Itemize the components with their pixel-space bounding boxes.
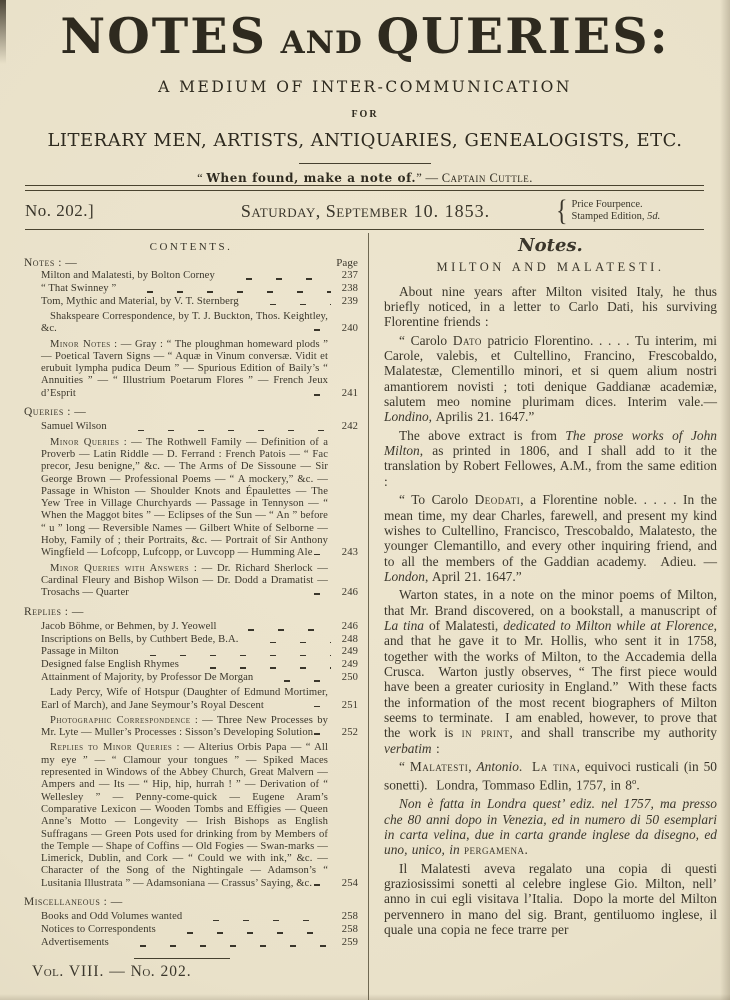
contents-entry: Advertisements 259 — [41, 937, 358, 949]
issue-bar: No. 202.] Saturday, September 10. 1853. … — [25, 196, 704, 226]
entry-title: Designed false English Rhymes — [41, 659, 179, 671]
dash-leader — [163, 932, 331, 934]
entry-page-number: 243 — [333, 547, 358, 559]
entry-title: Passage in Milton — [41, 646, 119, 658]
contents-entry: “ That Swinney ” 238 — [41, 283, 358, 295]
entry-title: Minor Notes : — Gray : “ The ploughman h… — [41, 339, 328, 399]
article-quote-italic: Non è fatta in Londra quest’ ediz. nel 1… — [384, 796, 717, 857]
entry-page-number: 258 — [334, 924, 358, 936]
price-lines: Price Fourpence. Stamped Edition, 5d. — [572, 199, 661, 223]
entry-page-number: 246 — [334, 621, 358, 633]
dash-leader — [260, 680, 331, 682]
entry-page-number: 252 — [333, 727, 358, 739]
entry-page-number: 241 — [333, 388, 358, 400]
contents-entry: Notices to Correspondents 258 — [41, 924, 358, 936]
journal-page: NOTES AND QUERIES: A MEDIUM OF INTER-COM… — [0, 0, 730, 1000]
dash-leader — [116, 945, 331, 947]
page-column-label: Page — [336, 257, 358, 269]
dash-leader — [314, 884, 320, 886]
dash-leader — [126, 655, 331, 657]
contents-entry: Lady Percy, Wife of Hotspur (Daughter of… — [41, 687, 358, 712]
entry-title: Milton and Malatesti, by Bolton Corney — [41, 270, 215, 282]
entry-title: “ That Swinney ” — [41, 283, 116, 295]
dash-leader — [314, 329, 320, 331]
entry-title: Books and Odd Volumes wanted — [41, 911, 182, 923]
contents-entry: Designed false English Rhymes 249 — [41, 659, 358, 671]
single-rule — [25, 229, 704, 230]
entry-title: Attainment of Majority, by Professor De … — [41, 672, 253, 684]
entry-title: Shakspeare Correspondence, by T. J. Buck… — [41, 311, 328, 334]
article-title: MILTON AND MALATESTI. — [384, 260, 717, 275]
journal-title: NOTES AND QUERIES: — [0, 12, 730, 61]
audience-line: LITERARY MEN, ARTISTS, ANTIQUARIES, GENE… — [0, 130, 730, 151]
entry-page-number: 254 — [333, 878, 358, 890]
section-header-replies: Replies : — — [24, 606, 358, 618]
dash-leader — [314, 554, 320, 556]
price-line-1: Price Fourpence. — [572, 199, 643, 210]
entry-page-number: 248 — [334, 634, 358, 646]
entry-page-number: 250 — [334, 672, 358, 684]
volume-rule — [134, 958, 230, 959]
dash-leader — [314, 593, 320, 595]
entry-title: Inscriptions on Bells, by Cuthbert Bede,… — [41, 634, 239, 646]
entry-title: Lady Percy, Wife of Hotspur (Daughter of… — [41, 687, 328, 710]
contents-entry: Samuel Wilson 242 — [41, 421, 358, 433]
contents-entry: Photographic Correspondence : — Three Ne… — [41, 715, 358, 740]
scan-edge-artifact — [0, 0, 6, 64]
double-rule — [25, 185, 704, 191]
entry-title: Photographic Correspondence : — Three Ne… — [41, 715, 328, 738]
contents-entry: Tom, Mythic and Material, by V. T. Stern… — [41, 296, 358, 308]
contents-entry: Replies to Minor Queries : — Alterius Or… — [41, 742, 358, 890]
contents-entry: Milton and Malatesti, by Bolton Corney 2… — [41, 270, 358, 282]
masthead-rule — [299, 163, 431, 164]
volume-footer: Vol. VIII. — No. 202. — [32, 966, 358, 978]
title-word-notes: NOTES — [60, 7, 267, 65]
entry-title: Minor Queries with Answers : — Dr. Richa… — [41, 563, 328, 599]
price-note: { Price Fourpence. Stamped Edition, 5d. — [556, 199, 704, 223]
entry-page-number: 249 — [334, 659, 358, 671]
contents-heading: CONTENTS. — [24, 241, 358, 253]
article-quote: “ Carolo Dato patricio Florentino. . . .… — [384, 333, 717, 425]
entry-page-number: 246 — [333, 587, 358, 599]
dash-leader — [314, 733, 320, 735]
entry-title: Notices to Correspondents — [41, 924, 156, 936]
contents-entry: Passage in Milton 249 — [41, 646, 358, 658]
scan-edge-shadow-bottom — [0, 994, 730, 1000]
brace-glyph: { — [556, 204, 568, 219]
article-paragraph: Il Malatesti aveva regalato una copia di… — [384, 861, 717, 938]
entry-title: Replies to Minor Queries : — Alterius Or… — [41, 742, 328, 888]
dash-leader — [114, 430, 331, 432]
contents-section-header-row: Notes : — Page — [24, 257, 358, 269]
contents-entry: Minor Queries with Answers : — Dr. Richa… — [41, 563, 358, 600]
notes-section-heading: Notes. — [384, 238, 717, 253]
dash-leader — [314, 394, 320, 396]
column-divider — [368, 233, 369, 1000]
entry-page-number: 249 — [334, 646, 358, 658]
entry-page-number: 237 — [334, 270, 358, 282]
article-column: Notes. MILTON AND MALATESTI. About nine … — [384, 238, 717, 940]
entry-title: Samuel Wilson — [41, 421, 107, 433]
dash-leader — [224, 629, 331, 631]
entry-page-number: 251 — [333, 700, 358, 712]
entry-page-number: 240 — [333, 323, 358, 335]
for-label: FOR — [0, 109, 730, 120]
journal-subtitle: A MEDIUM OF INTER-COMMUNICATION — [0, 78, 730, 96]
entry-title: Minor Queries : — The Rothwell Family — … — [41, 437, 328, 559]
contents-entry: Minor Queries : — The Rothwell Family — … — [41, 437, 358, 560]
dash-leader — [123, 291, 331, 293]
article-quote: “ Malatesti, Antonio. La tina, equivoci … — [384, 759, 717, 793]
contents-entry: Books and Odd Volumes wanted 258 — [41, 911, 358, 923]
article-paragraph: Warton states, in a note on the minor po… — [384, 587, 717, 756]
entry-page-number: 242 — [334, 421, 358, 433]
dash-leader — [246, 642, 331, 644]
entry-page-number: 238 — [334, 283, 358, 295]
dash-leader — [246, 304, 331, 306]
issue-number: No. 202.] — [25, 201, 175, 221]
motto-line: “ When found, make a note of.” — Captain… — [0, 171, 730, 186]
masthead: NOTES AND QUERIES: A MEDIUM OF INTER-COM… — [0, 0, 730, 186]
section-header-miscellaneous: Miscellaneous : — — [24, 896, 358, 908]
contents-entry: Inscriptions on Bells, by Cuthbert Bede,… — [41, 634, 358, 646]
entry-page-number: 239 — [334, 296, 358, 308]
dash-leader — [222, 278, 331, 280]
contents-entry: Jacob Böhme, or Behmen, by J. Yeowell 24… — [41, 621, 358, 633]
price-line-2: Stamped Edition, 5d. — [572, 211, 661, 222]
scan-edge-shadow — [720, 0, 730, 1000]
entry-page-number: 259 — [334, 937, 358, 949]
entry-title: Advertisements — [41, 937, 109, 949]
dash-leader — [314, 706, 320, 708]
contents-entry: Shakspeare Correspondence, by T. J. Buck… — [41, 311, 358, 336]
entry-title: Jacob Böhme, or Behmen, by J. Yeowell — [41, 621, 217, 633]
entry-page-number: 258 — [334, 911, 358, 923]
title-word-and: AND — [275, 25, 369, 61]
issue-date: Saturday, September 10. 1853. — [175, 201, 556, 222]
article-quote: “ To Carolo Deodati, a Florentine noble.… — [384, 492, 717, 584]
contents-column: CONTENTS. Notes : — Page Milton and Mala… — [24, 241, 358, 979]
section-header-queries: Queries : — — [24, 406, 358, 418]
article-paragraph: About nine years after Milton visited It… — [384, 284, 717, 330]
dash-leader — [186, 667, 331, 669]
dash-leader — [189, 920, 331, 922]
article-paragraph: The above extract is from The prose work… — [384, 428, 717, 489]
contents-entry: Minor Notes : — Gray : “ The ploughman h… — [41, 339, 358, 400]
entry-title: Tom, Mythic and Material, by V. T. Stern… — [41, 296, 239, 308]
title-word-queries: QUERIES: — [376, 7, 669, 65]
contents-entry: Attainment of Majority, by Professor De … — [41, 672, 358, 684]
section-header-notes: Notes : — — [24, 257, 77, 269]
